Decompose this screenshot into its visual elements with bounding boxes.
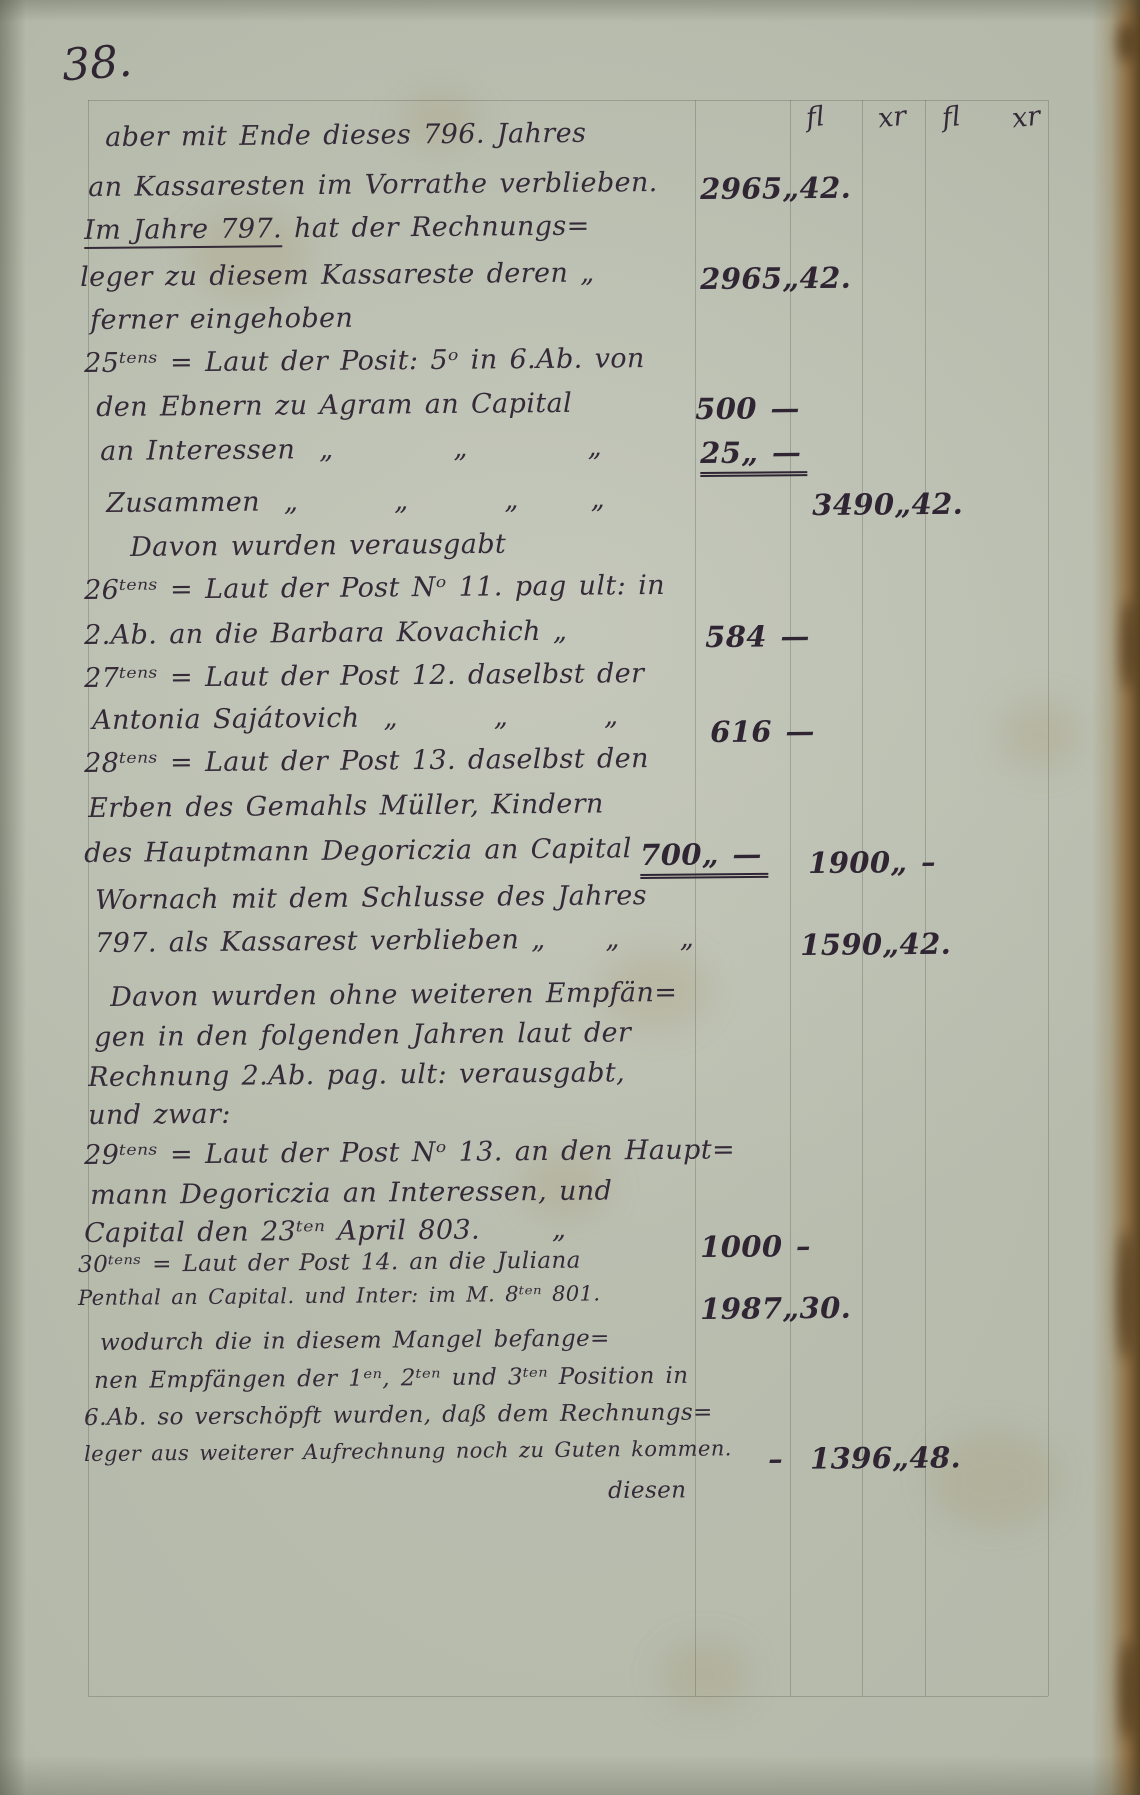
manuscript-line: 6.Ab. so verschöpft wurden, daß dem Rech…	[84, 1400, 713, 1431]
amount-cell: 3490„42.	[812, 487, 963, 522]
manuscript-line: des Hauptmann Degoriczia an Capital	[84, 833, 632, 869]
manuscript-line: Erben des Gemahls Müller, Kindern	[88, 789, 604, 824]
edge-blot	[1120, 1640, 1136, 1740]
manuscript-line: gen in den folgenden Jahren laut der	[94, 1017, 631, 1053]
left-edge-shadow	[0, 0, 26, 1795]
manuscript-line: Wornach mit dem Schlusse des Jahres	[95, 880, 647, 916]
amount-cell: 2965„42.	[700, 261, 851, 296]
page-number: 38.	[60, 36, 133, 92]
column-header-fl-2: fl	[940, 101, 961, 134]
manuscript-line: Davon wurden ohne weiteren Empfän=	[110, 977, 677, 1013]
amount-cell: 1000 –	[700, 1229, 811, 1264]
manuscript-line: diesen	[608, 1477, 687, 1504]
amount-cell: 1987„30.	[700, 1291, 851, 1326]
manuscript-line: Antonia Sajátovich „ „ „	[92, 700, 619, 736]
manuscript-line: 30ᵗᵉⁿˢ = Laut der Post 14. an die Julian…	[78, 1248, 581, 1278]
amount-cell: 25„ —	[700, 435, 807, 477]
amount-cell: 2965„42.	[700, 171, 851, 206]
paper-stain	[660, 1640, 750, 1710]
manuscript-line: den Ebnern zu Agram an Capital	[96, 388, 572, 423]
edge-blot	[1118, 22, 1136, 62]
manuscript-line: Davon wurden verausgabt	[130, 529, 506, 563]
manuscript-line: mann Degoriczia an Interessen, und	[90, 1175, 612, 1211]
amount-cell: 700„ —	[640, 837, 768, 879]
manuscript-line: Penthal an Capital. und Inter: im M. 8ᵗᵉ…	[78, 1281, 601, 1310]
rule-bottom	[88, 1696, 1048, 1697]
column-header-fl-1: fl	[804, 101, 825, 134]
manuscript-line: 25ᵗᵉⁿˢ = Laut der Posit: 5ᵒ in 6.Ab. von	[84, 343, 645, 379]
amount-cell: 1900„ –	[808, 845, 936, 880]
manuscript-line: leger aus weiterer Aufrechnung noch zu G…	[84, 1436, 732, 1466]
underlined-text: Im Jahre 797.	[84, 213, 282, 249]
manuscript-line: 28ᵗᵉⁿˢ = Laut der Post 13. daselbst den	[84, 743, 649, 779]
edge-blot	[1118, 1230, 1134, 1360]
top-edge-shadow	[0, 0, 1140, 22]
manuscript-line: 29ᵗᵉⁿˢ = Laut der Post Nᵒ 13. an den Hau…	[84, 1134, 735, 1171]
rule-vertical	[1048, 100, 1049, 1696]
amount-cell: 500 —	[695, 391, 800, 426]
manuscript-line: Zusammen „ „ „ „	[106, 484, 605, 519]
manuscript-line: aber mit Ende dieses 796. Jahres	[105, 118, 586, 153]
amount-cell: 616 —	[710, 714, 815, 749]
manuscript-line: an Interessen „ „ „	[100, 432, 602, 467]
bottom-edge-shadow	[0, 1755, 1140, 1795]
manuscript-line: 27ᵗᵉⁿˢ = Laut der Post 12. daselbst der	[84, 658, 644, 694]
book-fore-edge	[1092, 0, 1140, 1795]
column-header-xr-1: xr	[876, 101, 907, 135]
amount-cell: 1590„42.	[800, 927, 951, 962]
manuscript-line: Capital den 23ᵗᵉⁿ April 803. „	[84, 1214, 566, 1249]
manuscript-line: wodurch die in diesem Mangel befange=	[100, 1326, 610, 1356]
manuscript-line: an Kassaresten im Vorrathe verblieben.	[88, 167, 658, 203]
manuscript-line: nen Empfängen der 1ᵉⁿ, 2ᵗᵉⁿ und 3ᵗᵉⁿ Pos…	[94, 1363, 689, 1394]
edge-blot	[1122, 600, 1136, 690]
manuscript-line: 26ᵗᵉⁿˢ = Laut der Post Nᵒ 11. pag ult: i…	[84, 570, 665, 606]
manuscript-line: leger zu diesem Kassareste deren „	[80, 258, 595, 293]
manuscript-line: und zwar:	[88, 1099, 231, 1131]
amount-cell: – 1396„48.	[768, 1440, 961, 1476]
manuscript-line: 2.Ab. an die Barbara Kovachich „	[84, 616, 567, 651]
manuscript-line: Im Jahre 797. hat der Rechnungs=	[84, 211, 590, 246]
paper-stain	[1000, 700, 1080, 770]
manuscript-line: 797. als Kassarest verblieben „ „ „	[95, 923, 694, 959]
column-header-xr-2: xr	[1010, 101, 1041, 135]
amount-cell: 584 —	[705, 619, 810, 654]
manuscript-line: ferner eingehoben	[90, 303, 353, 336]
manuscript-line: Rechnung 2.Ab. pag. ult: verausgabt,	[88, 1057, 625, 1093]
